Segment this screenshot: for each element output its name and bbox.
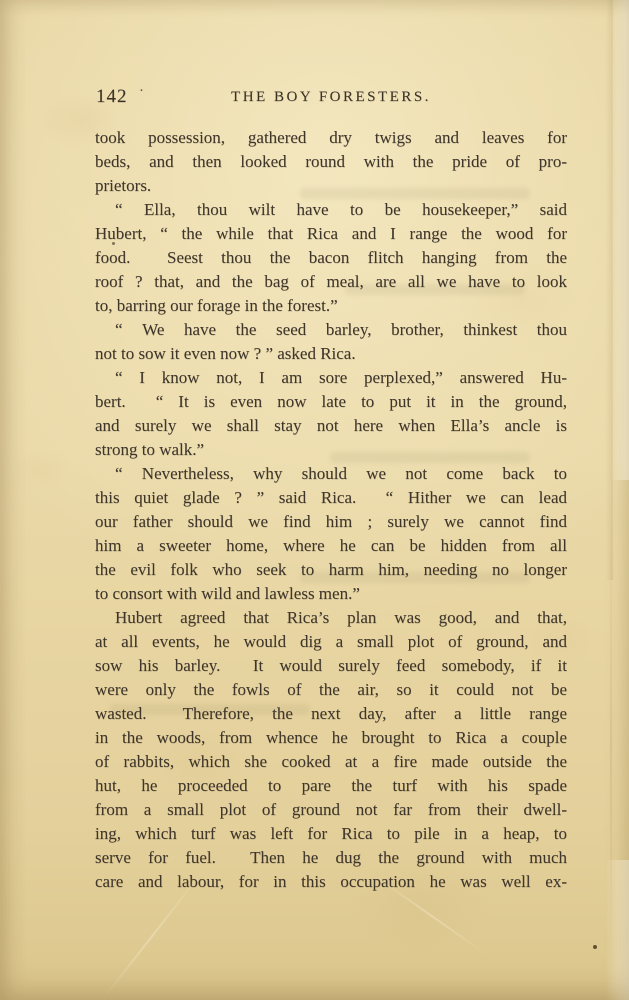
text-line: were only the fowls of the air, so it co… <box>95 678 567 702</box>
running-title: THE BOY FORESTERS. <box>95 89 567 106</box>
page-edge-highlight <box>605 860 629 1000</box>
text-line: sow his barley. It would surely feed som… <box>95 654 567 678</box>
text-line: our father should we find him ; surely w… <box>95 510 567 534</box>
text-line: beds, and then looked round with the pri… <box>95 150 567 174</box>
page-edge-highlight <box>611 0 629 480</box>
text-line: roof ? that, and the bag of meal, are al… <box>95 270 567 294</box>
text-line: to, barring our forage in the forest.” <box>95 294 567 318</box>
text-line: “ Nevertheless, why should we not come b… <box>95 462 567 486</box>
text-line: him a sweeter home, where he can be hidd… <box>95 534 567 558</box>
text-line: serve for fuel. Then he dug the ground w… <box>95 846 567 870</box>
text-line: prietors. <box>95 174 567 198</box>
text-line: strong to walk.” <box>95 438 567 462</box>
text-line: “ We have the seed barley, brother, thin… <box>95 318 567 342</box>
text-line: Hubert, “ the while that Rica and I rang… <box>95 222 567 246</box>
running-head: 142 · THE BOY FORESTERS. <box>95 86 567 110</box>
text-line: ing, which turf was left for Rica to pil… <box>95 822 567 846</box>
text-line: in the woods, from whence he brought to … <box>95 726 567 750</box>
text-line: from a small plot of ground not far from… <box>95 798 567 822</box>
text-line: took possession, gathered dry twigs and … <box>95 126 567 150</box>
ink-speck <box>593 945 597 949</box>
text-line: Hubert agreed that Rica’s plan was good,… <box>95 606 567 630</box>
text-line: not to sow it even now ? ” asked Rica. <box>95 342 567 366</box>
text-line: hut, he proceeded to pare the turf with … <box>95 774 567 798</box>
text-line: at all events, he would dig a small plot… <box>95 630 567 654</box>
text-line: food. Seest thou the bacon flitch hangin… <box>95 246 567 270</box>
text-line: to consort with wild and lawless men.” <box>95 582 567 606</box>
text-line: “ I know not, I am sore perplexed,” answ… <box>95 366 567 390</box>
text-line: this quiet glade ? ” said Rica. “ Hither… <box>95 486 567 510</box>
text-line: and surely we shall stay not here when E… <box>95 414 567 438</box>
text-line: care and labour, for in this occupation … <box>95 870 567 894</box>
book-page-scan: 142 · THE BOY FORESTERS. took possession… <box>0 0 629 1000</box>
text-line: “ Ella, thou wilt have to be housekeeper… <box>95 198 567 222</box>
body-text-block: took possession, gathered dry twigs and … <box>95 126 567 894</box>
text-line: wasted. Therefore, the next day, after a… <box>95 702 567 726</box>
text-line: bert. “ It is even now late to put it in… <box>95 390 567 414</box>
text-line: the evil folk who seek to harm him, need… <box>95 558 567 582</box>
text-line: of rabbits, which she cooked at a fire m… <box>95 750 567 774</box>
